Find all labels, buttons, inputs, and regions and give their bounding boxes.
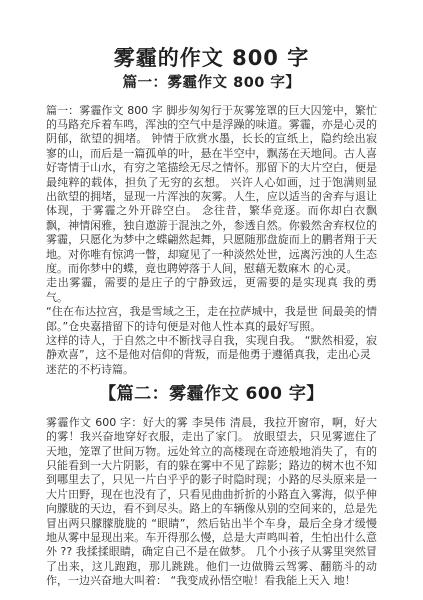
essay-paragraph: 雾霾作文 600 字：好大的雾 李昊伟 清晨，我拉开窗帘，啊，好大的雾！我兴奋地… <box>46 416 377 589</box>
section2-heading: 【篇二：雾霾作文 600 字】 <box>20 384 403 404</box>
document-page: 雾霾的作文 800 字 篇一：雾霾作文 800 字】 篇一：雾霾作文 800 字… <box>0 0 423 600</box>
essay-paragraph: 走出雾霾，需要的是庄子的宁静致远，更需要的是实现真 我的勇气。 <box>46 276 377 305</box>
essay-paragraph: 这样的诗人，于自然之中不断找寻自我，实现自我。 “默然相爱，寂 静欢喜”，这不是… <box>46 334 377 363</box>
page-title: 雾霾的作文 800 字 <box>20 46 403 71</box>
essay-paragraph: “住在布达拉宫，我是雪域之王，走在拉萨城中，我是世 间最美的情郎。”仓央嘉措留下… <box>46 305 377 334</box>
section1-subtitle: 篇一：雾霾作文 800 字】 <box>20 75 403 92</box>
essay-paragraph: 篇一：雾霾作文 800 字 脚步匆匆行于灰雾笼罩的巨大囚笼中，繁忙的马路充斥着车… <box>46 104 377 277</box>
essay-paragraph: 迷茫的不朽诗篇。 <box>46 363 377 377</box>
essay2-body: 雾霾作文 600 字：好大的雾 李昊伟 清晨，我拉开窗帘，啊，好大的雾！我兴奋地… <box>46 416 377 589</box>
essay1-body: 篇一：雾霾作文 800 字 脚步匆匆行于灰雾笼罩的巨大囚笼中，繁忙的马路充斥着车… <box>46 104 377 378</box>
